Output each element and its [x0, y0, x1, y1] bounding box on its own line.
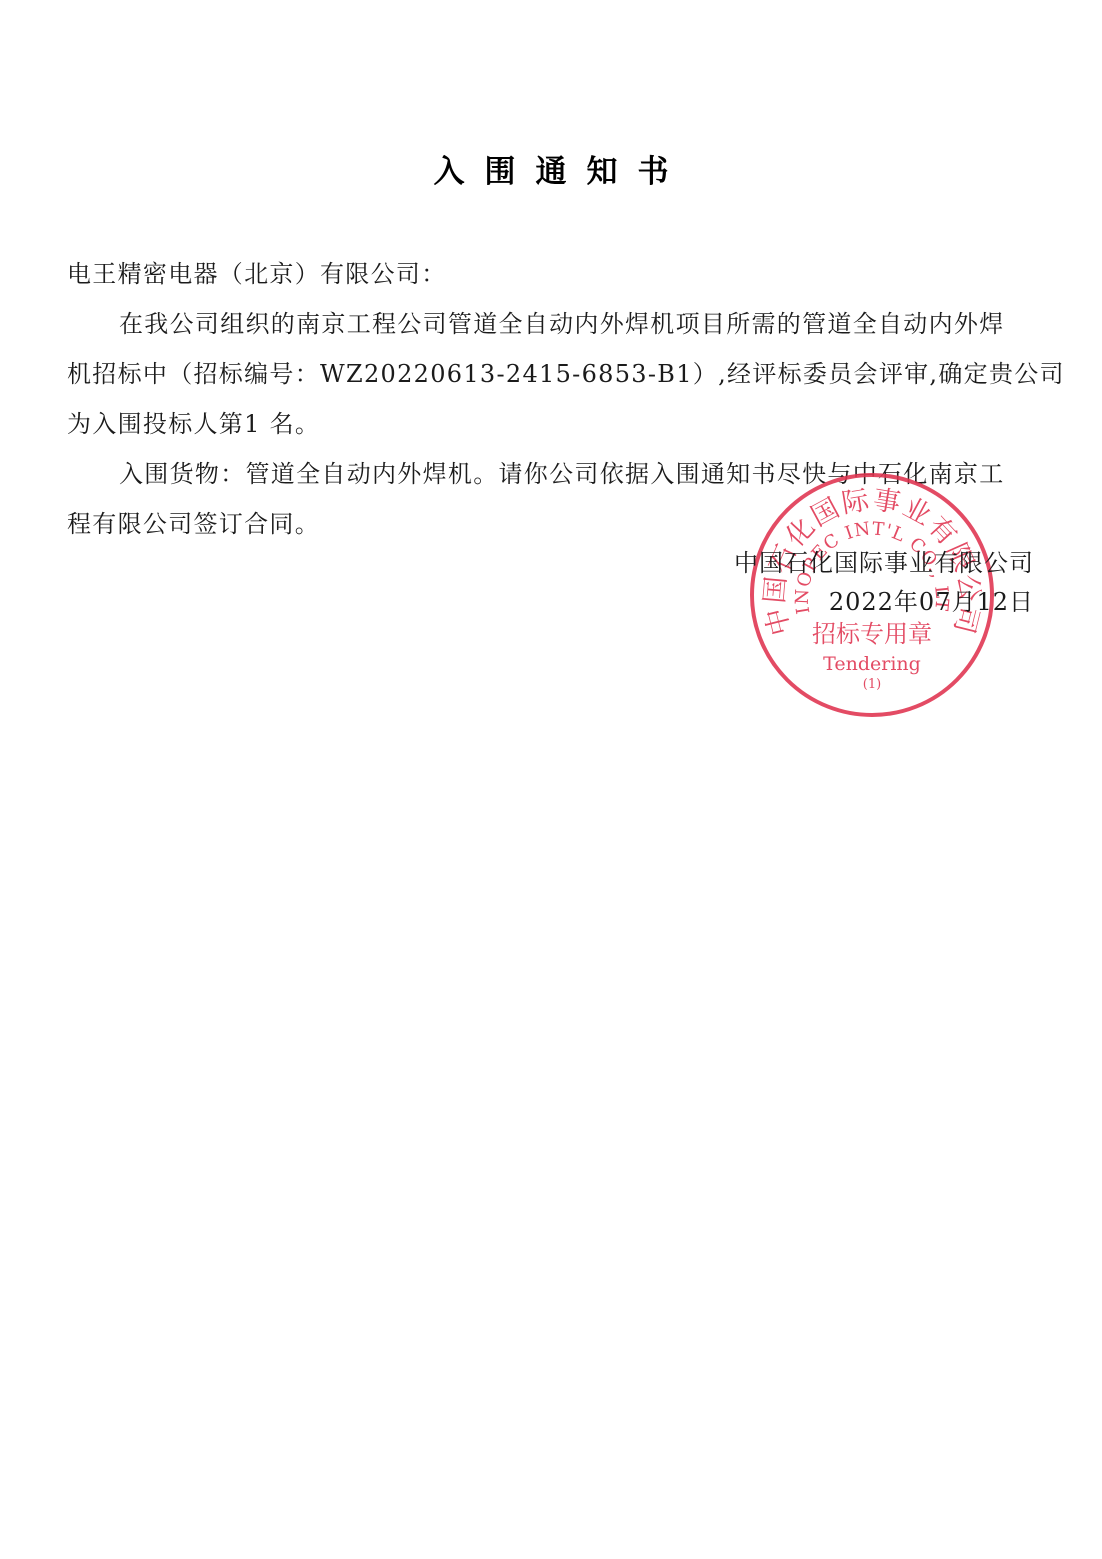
seal-english-text: Tendering — [823, 653, 921, 675]
document-title: 入围通知书 — [0, 150, 1102, 194]
paragraph-1-line-1: 在我公司组织的南京工程公司管道全自动内外焊机项目所需的管道全自动内外焊 — [119, 308, 1005, 340]
paragraph-1-line-2: 机招标中（招标编号：WZ20220613-2415-6853-B1）,经评标委员… — [67, 358, 1065, 390]
document-page: 入围通知书 电王精密电器（北京）有限公司： 在我公司组织的南京工程公司管道全自动… — [0, 0, 1102, 1559]
issuer-name: 中国石化国际事业有限公司 — [734, 547, 1034, 579]
issue-date: 2022年07月12日 — [829, 586, 1034, 618]
paragraph-2-line-2: 程有限公司签订合同。 — [67, 508, 320, 540]
paragraph-1-line-3: 为入围投标人第1 名。 — [67, 408, 320, 440]
paragraph-2-line-1: 入围货物：管道全自动内外焊机。请你公司依据入围通知书尽快与中石化南京工 — [119, 458, 1005, 490]
seal-center-text: 招标专用章 — [812, 620, 932, 648]
seal-number: (1) — [863, 677, 881, 692]
addressee: 电王精密电器（北京）有限公司： — [67, 258, 447, 290]
